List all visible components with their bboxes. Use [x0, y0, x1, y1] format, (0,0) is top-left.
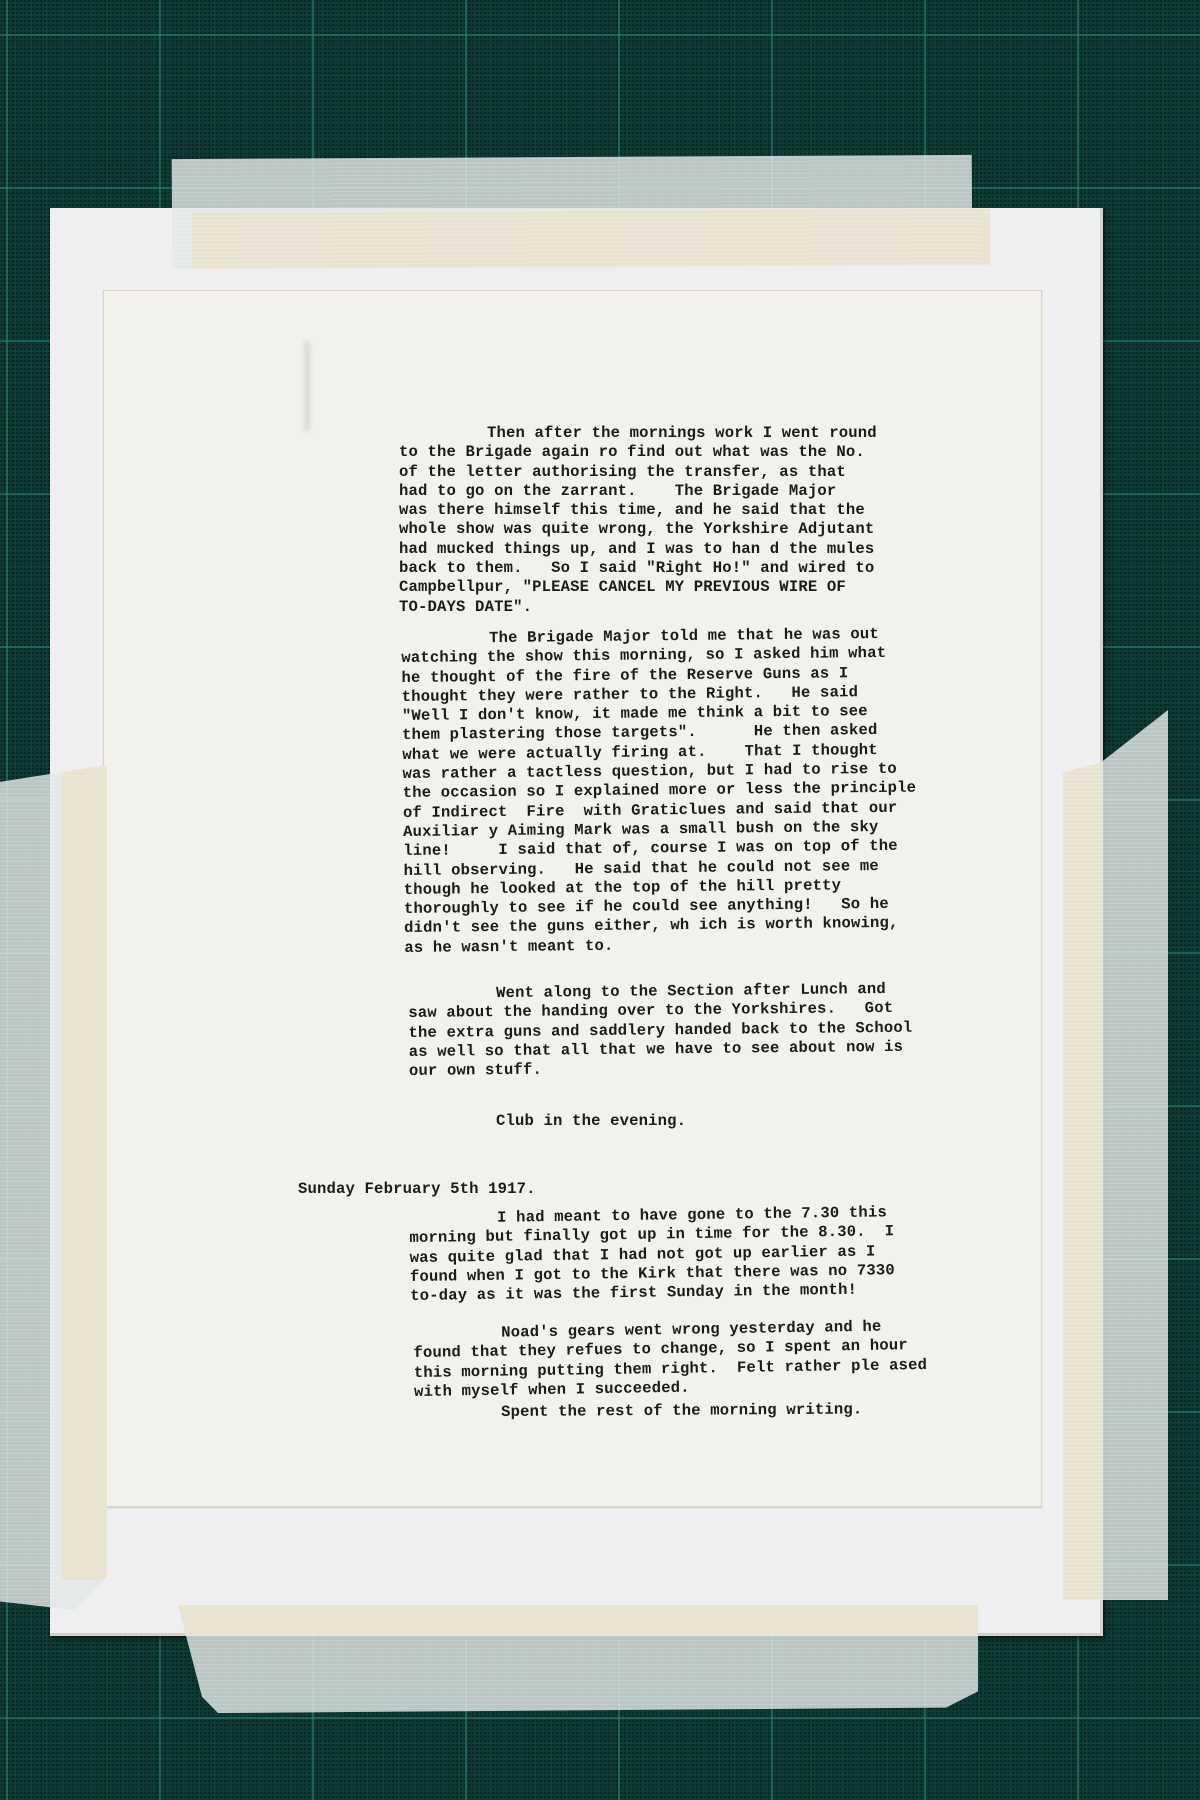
paragraph-gears: Noad's gears went wrong yesterday and he… — [413, 1317, 928, 1402]
text-line: Campbellpur, "PLEASE CANCEL MY PREVIOUS … — [399, 578, 877, 597]
text-line: our own stuff. — [409, 1057, 913, 1082]
text-line: Club in the evening. — [496, 1112, 686, 1131]
masking-tape-top — [172, 155, 973, 269]
text-line: TO-DAYS DATE". — [399, 598, 877, 617]
text-line: to the Brigade again ro find out what wa… — [399, 443, 877, 462]
paragraph-section-lunch: Went along to the Section after Lunch an… — [408, 980, 913, 1082]
text-line: of the letter authorising the transfer, … — [399, 463, 877, 482]
text-line: Then after the mornings work I went roun… — [399, 424, 877, 443]
masking-tape-left — [0, 765, 107, 1610]
text-line: Spent the rest of the morning writing. — [501, 1400, 862, 1422]
paragraph-brigade-major: The Brigade Major told me that he was ou… — [401, 625, 918, 958]
text-line: whole show was quite wrong, the Yorkshir… — [399, 520, 877, 539]
masking-tape-right — [1063, 710, 1168, 1600]
paragraph-writing: Spent the rest of the morning writing. — [501, 1400, 862, 1422]
text-line: was there himself this time, and he said… — [399, 501, 877, 520]
paragraph-club-evening: Club in the evening. — [496, 1112, 686, 1131]
text-line: back to them. So I said "Right Ho!" and … — [399, 559, 877, 578]
text-line: had to go on the zarrant. The Brigade Ma… — [399, 482, 877, 501]
text-line: had mucked things up, and I was to han d… — [399, 540, 877, 559]
paragraph-brigade-warrant: Then after the mornings work I went roun… — [399, 424, 877, 617]
paragraph-kirk: I had meant to have gone to the 7.30 thi… — [409, 1203, 895, 1306]
date-heading: Sunday February 5th 1917. — [298, 1180, 536, 1199]
masking-tape-bottom — [178, 1605, 978, 1713]
page-text: Then after the mornings work I went roun… — [103, 290, 1040, 1505]
text-line: Sunday February 5th 1917. — [298, 1180, 536, 1199]
